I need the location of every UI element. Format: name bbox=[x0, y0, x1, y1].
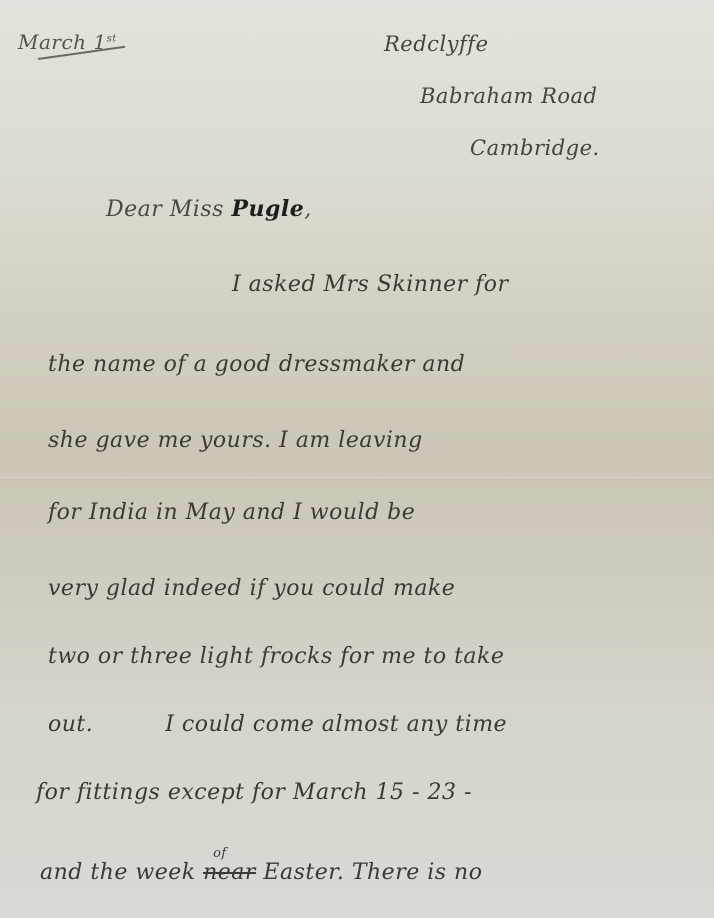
body-line-1: I asked Mrs Skinner for bbox=[232, 272, 509, 297]
letter-page: March 1st Redclyffe Babraham Road Cambri… bbox=[0, 0, 714, 918]
date-ordinal: st bbox=[107, 33, 117, 44]
struck-word-text: near bbox=[203, 860, 256, 885]
body-line-9: and the week ofnear Easter. There is no bbox=[40, 860, 482, 885]
struck-word: ofnear bbox=[203, 860, 256, 885]
body-line-6: two or three light frocks for me to take bbox=[48, 644, 504, 669]
paper-fold-crease bbox=[0, 477, 714, 480]
body-line-7-end: I could come almost any time bbox=[165, 712, 507, 737]
body-line-9-start: and the week bbox=[40, 860, 196, 885]
body-line-7-start: out. bbox=[48, 712, 93, 737]
body-line-8: for fittings except for March 15 - 23 - bbox=[36, 780, 472, 805]
body-line-2: the name of a good dressmaker and bbox=[48, 352, 465, 377]
salutation: Dear Miss Pugle, bbox=[106, 196, 312, 222]
address-line-road: Babraham Road bbox=[420, 84, 598, 108]
body-line-3: she gave me yours. I am leaving bbox=[48, 428, 423, 453]
body-line-4: for India in May and I would be bbox=[48, 500, 415, 525]
body-line-9-end: Easter. There is no bbox=[263, 860, 482, 885]
recipient-name: Pugle bbox=[231, 196, 304, 222]
salutation-prefix: Dear Miss bbox=[106, 197, 224, 222]
body-line-5: very glad indeed if you could make bbox=[48, 576, 455, 601]
body-line-7: out.I could come almost any time bbox=[48, 712, 507, 737]
address-line-city: Cambridge. bbox=[470, 136, 600, 160]
salutation-comma: , bbox=[304, 197, 312, 222]
address-line-house: Redclyffe bbox=[384, 32, 489, 56]
inserted-word: of bbox=[213, 846, 227, 861]
